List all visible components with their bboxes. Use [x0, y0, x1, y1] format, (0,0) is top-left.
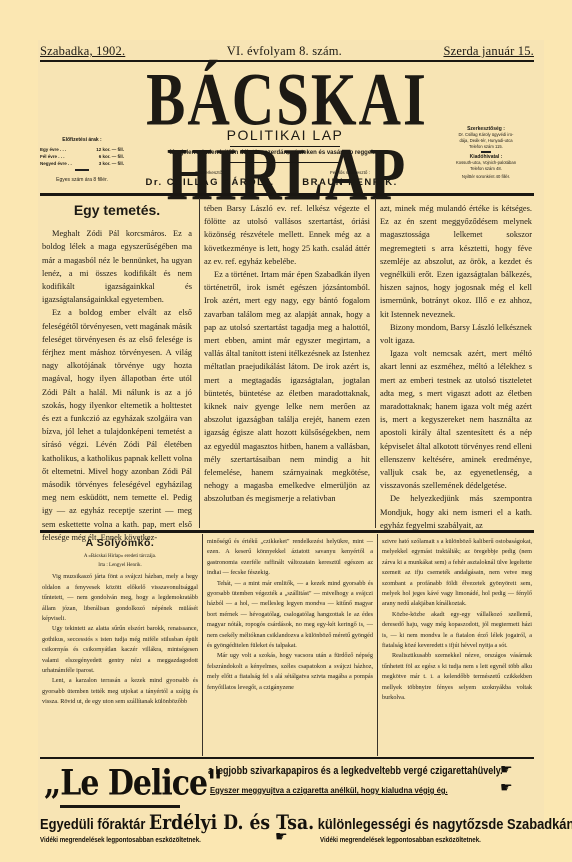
paragraph: Ez a történet. Irtam már épen Szabadkán … [204, 268, 370, 506]
pointing-hand-icon: ☛ [275, 831, 288, 845]
column-divider [375, 198, 376, 528]
paragraph: Meghalt Zódi Pál korcsmáros. Ez a boldog… [42, 227, 192, 306]
column-divider [377, 534, 378, 756]
ad-retailer-name: Erdélyi D. és Tsa. [149, 810, 314, 834]
price-row: Negyed évre . .3 kor. — fill. [40, 160, 124, 167]
paragraph: Realisztikusabb szemekkel nézve, országo… [382, 651, 532, 703]
divider [230, 162, 340, 163]
divider [230, 146, 340, 147]
article2-column-2: minőségű és értékű „czikkeket" rendelkez… [207, 537, 373, 693]
article2-byline: Irta : Lengyel Henrik. [42, 561, 198, 570]
paragraph: azt, minek még mulandó értéke is kétsége… [380, 202, 532, 321]
price-value: 6 kor. — fill. [99, 153, 124, 160]
price-row: Fél évre . . .6 kor. — fill. [40, 153, 124, 160]
divider [481, 151, 491, 153]
divider [40, 193, 534, 196]
masthead-subtitle: POLITIKAI LAP [200, 127, 370, 143]
editor-block: Főszerkesztő : Dr. CSILLAG KÁROLY. [140, 170, 280, 188]
price-value: 12 kor. — fill. [96, 146, 124, 153]
ad-retailer-line: Egyedüli főraktár Erdélyi D. és Tsa. kül… [40, 810, 572, 834]
publication-schedule: Megjelen minden hétfőn délután, szerdán,… [124, 150, 420, 156]
ad-orders-note: Vidéki megrendelések legpontosabban eszk… [320, 835, 481, 844]
paragraph: Vig muzsikaszó járta fönt a svájczi házb… [42, 572, 198, 624]
ad-orders-note: Vidéki megrendelések legpontosabban eszk… [40, 835, 201, 844]
ad-retailer-suffix: különlegességi és nagytőzsde Szabadkán. [318, 816, 572, 833]
paragraph: tében Barsy László ev. ref. lelkész vége… [204, 202, 370, 268]
divider [40, 530, 534, 533]
price-label: Fél évre . . . [40, 153, 65, 160]
column-divider [202, 534, 203, 756]
price-label: Egy évre . . . [40, 146, 66, 153]
admin-line: Nyilttér soronként 40 fillér. [430, 174, 542, 180]
publisher-block: Felelős szerkesztő : BRAUN HENRIK. [280, 170, 420, 188]
publisher-role: Felelős szerkesztő : [280, 170, 420, 175]
editor-role: Főszerkesztő : [140, 170, 280, 175]
article1-column-1: Egy temetés. Meghalt Zódi Pál korcsmáros… [42, 198, 192, 544]
article1-column-2: tében Barsy László ev. ref. lelkész vége… [204, 202, 370, 506]
ad-brand-name: „Le Delice" [44, 763, 222, 803]
place-year: Szabadka, 1902. [40, 44, 125, 59]
article2-column-1: A Solyomkő. A »Bácskai Hirlap« eredeti t… [42, 534, 198, 708]
subscription-prices: Előfizetési árak : Egy évre . . .12 kor.… [40, 137, 124, 184]
ad-tagline: a legjobb szivarkapapiros és a legkedvel… [208, 765, 503, 777]
paragraph: Ez a boldog ember elvált az első feleség… [42, 306, 192, 544]
paragraph: De helyezkedjünk más szempontra Mondjuk,… [380, 492, 532, 532]
column-divider [199, 198, 200, 528]
article2-title: A Solyomkő. [42, 538, 198, 548]
paragraph: Már ugy volt a szokás, hogy vacsora után… [207, 651, 373, 693]
divider [40, 757, 534, 759]
divider [60, 805, 180, 808]
price-row: Egy évre . . .12 kor. — fill. [40, 146, 124, 153]
ad-retailer-prefix: Egyedüli főraktár [40, 816, 145, 833]
paragraph: Tehát, — a mint már emlitők, — a kezek m… [207, 579, 373, 652]
paragraph: Lent, a karzalon terrasán a kezek mind g… [42, 676, 198, 707]
paragraph: Bizony mondom, Barsy László lelkésznek v… [380, 321, 532, 347]
publisher-name: BRAUN HENRIK. [280, 177, 420, 188]
prices-heading: Előfizetési árak : [40, 137, 124, 144]
paragraph: szivre ható szólamait s a különböző kali… [382, 537, 532, 610]
issue-info-line: Szabadka, 1902. VI. évfolyam 8. szám. Sz… [40, 44, 534, 59]
article2-column-3: szivre ható szólamait s a különböző kali… [382, 537, 532, 704]
paragraph: Közbe-közbe akadt egy-egy vállalkozó sze… [382, 610, 532, 652]
office-info: Szerkesztőség : Dr. Csillag Károly ügyvé… [430, 126, 542, 180]
editor-name: Dr. CSILLAG KÁROLY. [140, 177, 280, 188]
article2-subtitle: A »Bácskai Hirlap« eredeti tárczája. [42, 552, 198, 561]
single-copy-price: Egyes szám ára 8 fillér. [40, 177, 124, 184]
ad-slogan: Egyszer meggyujtva a czigaretta anélkül,… [210, 785, 448, 795]
paragraph: Ugy tekintett az alatta sűrűn elszórt ba… [42, 624, 198, 676]
divider [75, 169, 89, 171]
issue-date: Szerda január 15. [443, 44, 534, 59]
price-value: 3 kor. — fill. [99, 160, 124, 167]
pointing-hand-icon: ☛ [500, 782, 513, 796]
paragraph: minőségű és értékű „czikkeket" rendelkez… [207, 537, 373, 579]
price-label: Negyed évre . . [40, 160, 72, 167]
volume-issue: VI. évfolyam 8. szám. [227, 44, 342, 59]
article1-title: Egy temetés. [42, 204, 192, 217]
pointing-hand-icon: ☛ [500, 764, 513, 778]
admin-line: Telefon szám 48. [430, 166, 542, 172]
paragraph: Igaza volt nemcsak azért, mert méltó aka… [380, 347, 532, 492]
office-line: Telefon szám 115. [430, 144, 542, 150]
article1-column-3: azt, minek még mulandó értéke is kétsége… [380, 202, 532, 532]
